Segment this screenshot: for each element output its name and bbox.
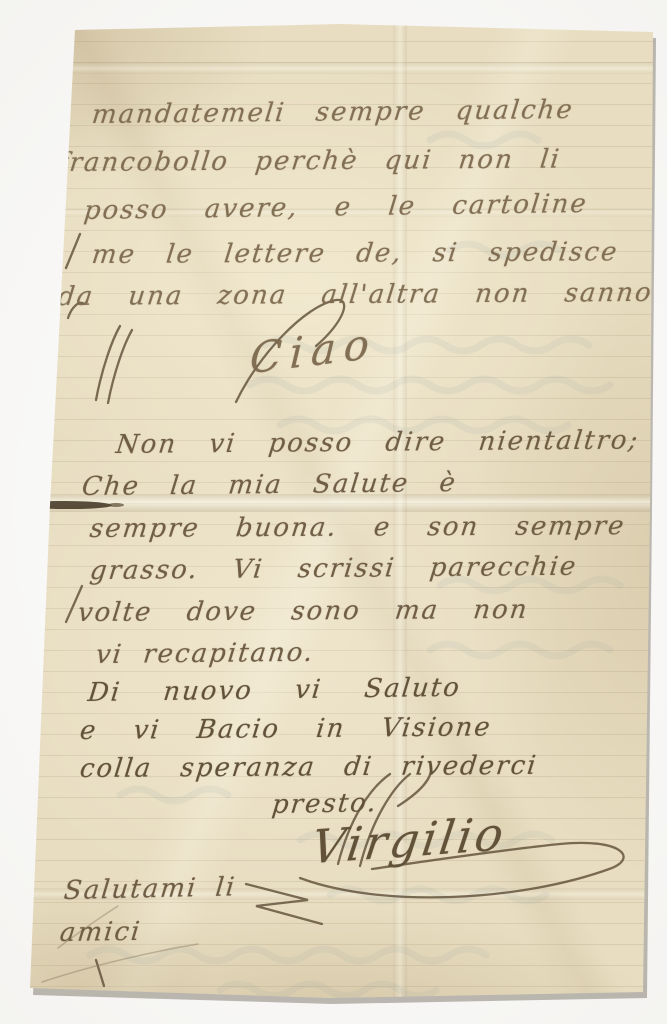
letter-line: me le lettere de, si spedisce bbox=[90, 237, 620, 270]
letter-line: vi recapitano. bbox=[94, 638, 316, 670]
fold-crease-top bbox=[0, 62, 667, 74]
greeting-ciao: Ciao bbox=[249, 318, 379, 383]
pencil-scratch bbox=[42, 944, 198, 982]
letter-line: volte dove sono ma non bbox=[76, 595, 530, 628]
letter-line: grasso. Vi scrissi parecchie bbox=[88, 552, 579, 586]
letter-line: posso avere, e le cartoline bbox=[82, 189, 589, 226]
letter-line: da una zona all'altra non sanno. bbox=[56, 278, 664, 312]
letter-line: sempre buona. e son sempre bbox=[88, 511, 627, 544]
letter-line: mandatemeli sempre qualche bbox=[90, 95, 575, 130]
letter-line: presto. bbox=[270, 788, 379, 820]
letter-line: Non vi posso dire nientaltro; bbox=[114, 425, 641, 460]
letter-photo: mandatemeli sempre qualche francobollo p… bbox=[0, 0, 667, 1024]
margin-slash-stroke bbox=[66, 234, 80, 268]
letter-line: amici bbox=[58, 917, 143, 948]
letter-line: Che la mia Salute è bbox=[80, 468, 458, 502]
letter-line: francobollo perchè qui non li bbox=[56, 144, 562, 178]
letter-paper: mandatemeli sempre qualche francobollo p… bbox=[0, 0, 667, 1024]
fold-tear-mark-small bbox=[108, 503, 124, 507]
letter-line: e vi Bacio in Visione bbox=[78, 712, 493, 746]
letter-line: colla speranza di rivederci bbox=[78, 751, 539, 784]
letter-line: Di nuovo vi Saluto bbox=[86, 673, 462, 708]
letter-line: Salutami li bbox=[62, 872, 237, 906]
fold-tear-mark bbox=[26, 501, 112, 509]
